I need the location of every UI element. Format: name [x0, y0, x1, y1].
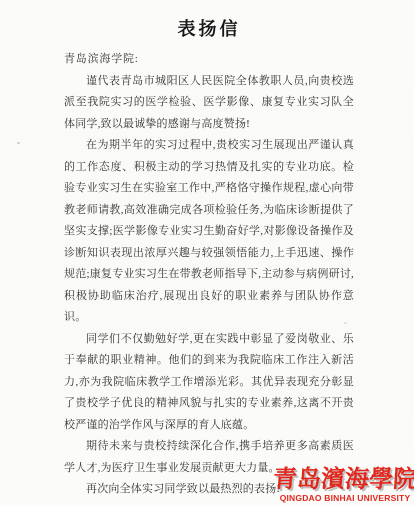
paragraph-closing: 再次向全体实习同学致以最热烈的表扬! [64, 479, 354, 501]
paragraph-performance: 在为期半年的实习过程中,贵校实习生展现出严谨认真的工作态度、积极主动的学习热情及… [64, 135, 354, 329]
salutation: 青岛滨海学院: [64, 49, 354, 71]
paragraph-cooperation: 期待未来与贵校持续深化合作,携手培养更多高素质医学人才,为医疗卫生事业发展贡献更… [64, 436, 354, 479]
paragraph-intro: 谨代表青岛市城阳区人民医院全体教职人员,向贵校选派至我院实习的医学检验、医学影像… [64, 71, 354, 136]
letter-page: 表扬信 青岛滨海学院: 谨代表青岛市城阳区人民医院全体教职人员,向贵校选派至我院… [0, 0, 414, 506]
paragraph-spirit: 同学们不仅勤勉好学,更在实践中彰显了爱岗敬业、乐于奉献的职业精神。他们的到来为我… [64, 329, 354, 437]
letter-title: 表扬信 [64, 17, 354, 41]
scan-artifact [344, 322, 347, 324]
scan-artifact [17, 142, 20, 144]
